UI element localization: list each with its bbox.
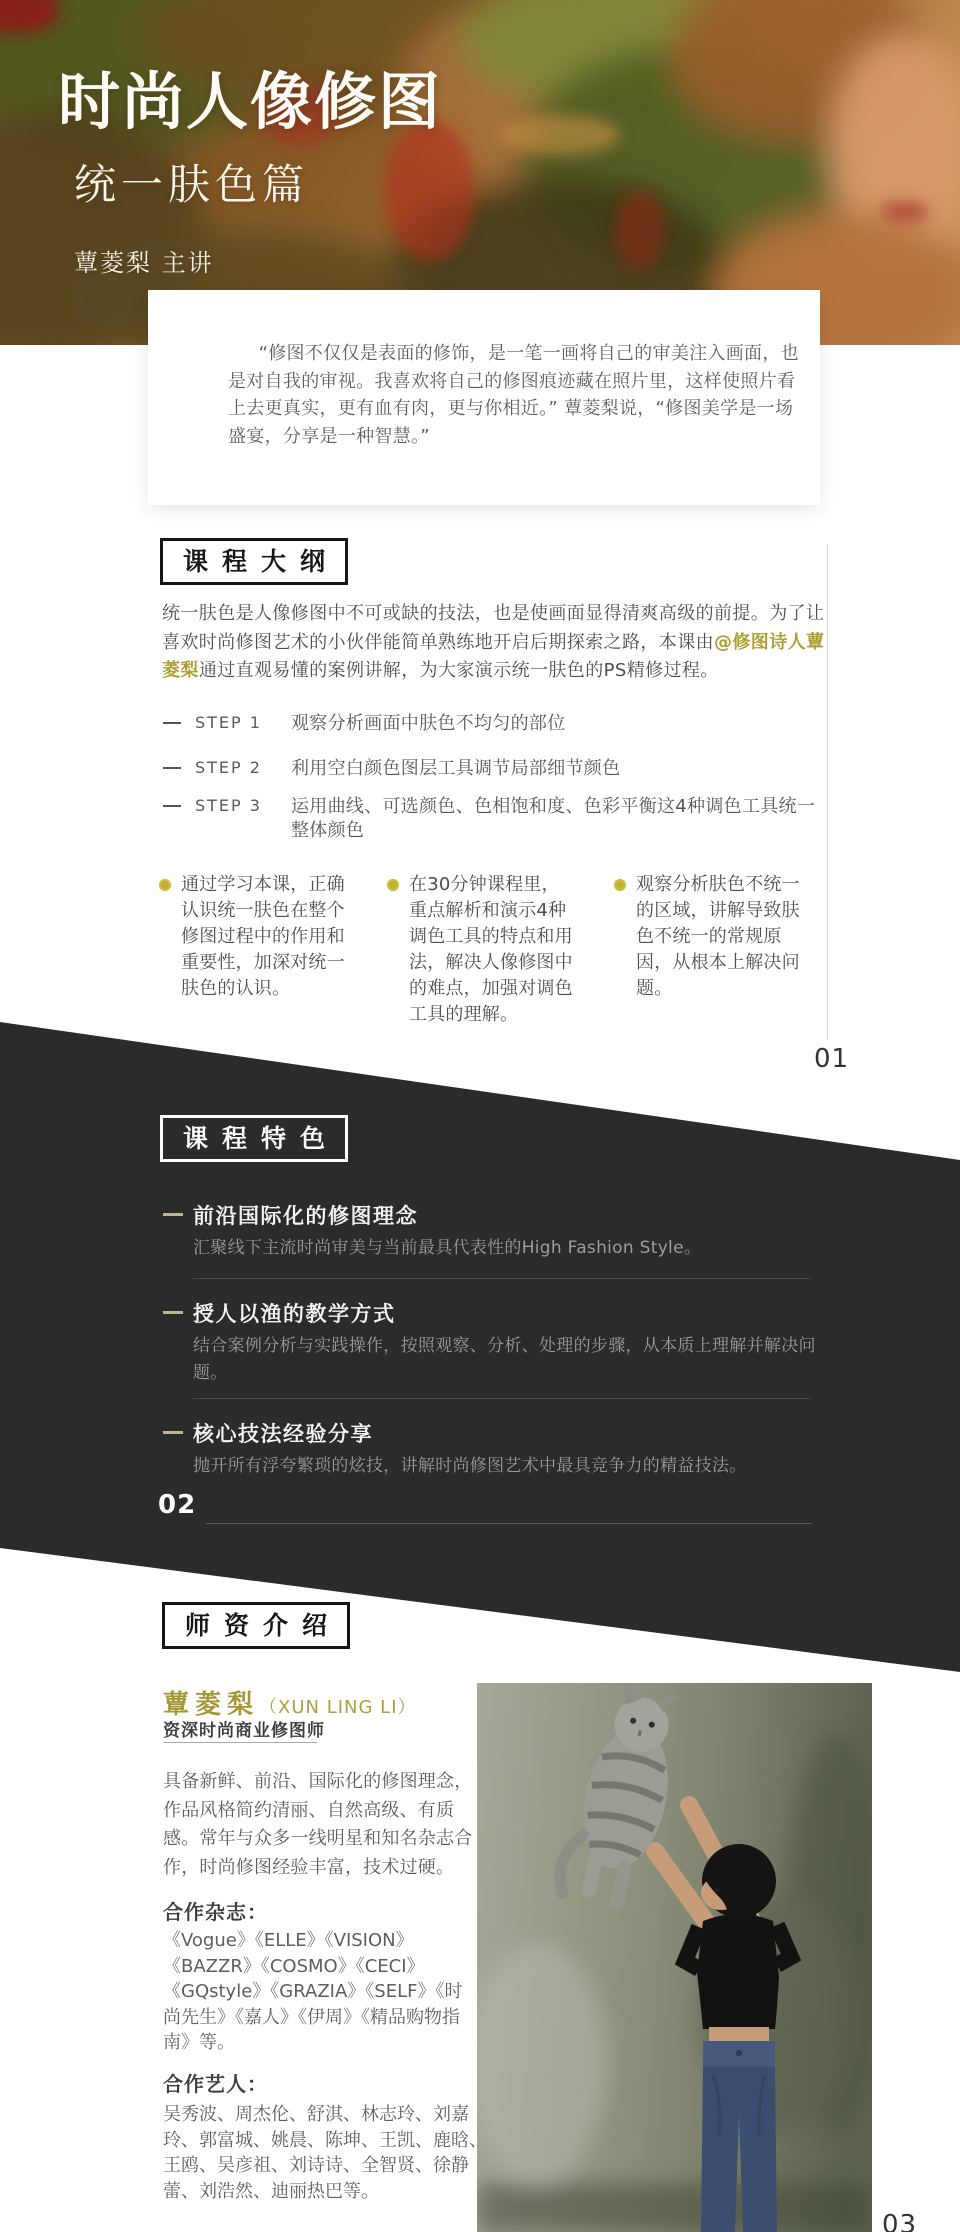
feature-desc: 汇聚线下主流时尚审美与当前最具代表性的High Fashion Style。 <box>193 1235 825 1262</box>
instructor-name-pinyin: （XUN LING LI） <box>259 1697 417 1718</box>
step-label: STEP 1 <box>195 712 271 732</box>
divider <box>163 1742 317 1743</box>
speaker-line: 蕈菱梨 主讲 <box>74 243 214 278</box>
outline-intro-text-after: 通过直观易懂的案例讲解，为大家演示统一肤色的PS精修过程。 <box>199 660 719 681</box>
instructor-section-header: 师资介绍 <box>162 1602 350 1649</box>
dash-icon <box>163 722 181 724</box>
features-section-header: 课程特色 <box>160 1115 348 1162</box>
feature-desc: 结合案例分析与实践操作，按照观察、分析、处理的步骤，从本质上理解并解决问题。 <box>193 1333 825 1387</box>
step-text: 观察分析画面中肤色不均匀的部位 <box>291 712 823 736</box>
instructor-bio: 具备新鲜、前沿、国际化的修图理念，作品风格简约清丽、自然高级、有质感。常年与众多… <box>163 1768 481 1882</box>
step-label: STEP 2 <box>195 757 271 777</box>
dash-icon <box>163 805 181 807</box>
feature-title: 授人以渔的教学方式 <box>193 1298 396 1328</box>
highlight-text: 观察分析肤色不统一的区域，讲解导致肤色不统一的常规原因，从根本上解决问题。 <box>636 872 804 1002</box>
course-title: 时尚人像修图 <box>58 52 442 141</box>
step-text: 运用曲线、可选颜色、色相饱和度、色彩平衡这4种调色工具统一整体颜色 <box>291 795 823 843</box>
step-row-3: STEP 3 运用曲线、可选颜色、色相饱和度、色彩平衡这4种调色工具统一整体颜色 <box>163 795 823 843</box>
highlight-item-1: 通过学习本课，正确认识统一肤色在整个修图过程中的作用和重要性，加深对统一肤色的认… <box>181 872 349 1002</box>
step-text: 利用空白颜色图层工具调节局部细节颜色 <box>291 757 823 781</box>
step-row-2: STEP 2 利用空白颜色图层工具调节局部细节颜色 <box>163 757 823 781</box>
magazines-label: 合作杂志： <box>163 1896 268 1925</box>
quote-text: “修图不仅仅是表面的修饰，是一笔一画将自己的审美注入画面，也是对自我的审视。我喜… <box>228 340 808 450</box>
feature-desc: 抛开所有浮夸繁琐的炫技，讲解时尚修图艺术中最具竞争力的精益技法。 <box>193 1453 825 1480</box>
divider <box>193 1278 811 1279</box>
feature-title: 前沿国际化的修图理念 <box>193 1200 418 1230</box>
dash-icon <box>163 1431 183 1434</box>
page-number-01: 01 <box>814 1044 849 1074</box>
magazines-list: 《Vogue》《ELLE》《VISION》《BAZZR》《COSMO》《CECI… <box>163 1928 479 2056</box>
artists-list: 吴秀波、周杰伦、舒淇、林志玲、刘嘉玲、郭富城、姚晨、陈坤、王凯、鹿晗、王鸥、吴彦… <box>163 2102 493 2204</box>
artists-label: 合作艺人： <box>163 2068 268 2097</box>
page-number-03: 03 <box>882 2210 917 2232</box>
instructor-job-title: 资深时尚商业修图师 <box>163 1716 325 1741</box>
dash-icon <box>163 767 181 769</box>
instructor-photo <box>477 1683 872 2232</box>
yellow-dot-icon <box>614 879 626 891</box>
course-subtitle: 统一肤色篇 <box>74 152 309 212</box>
step-row-1: STEP 1 观察分析画面中肤色不均匀的部位 <box>163 712 823 736</box>
yellow-dot-icon <box>159 879 171 891</box>
yellow-dot-icon <box>387 879 399 891</box>
divider-vertical <box>827 545 828 1040</box>
outline-intro: 统一肤色是人像修图中不可或缺的技法，也是使画面显得清爽高级的前提。为了让喜欢时尚… <box>162 600 838 686</box>
highlight-item-3: 观察分析肤色不统一的区域，讲解导致肤色不统一的常规原因，从根本上解决问题。 <box>636 872 804 1002</box>
dash-icon <box>163 1213 183 1216</box>
page-number-02: 02 <box>158 1490 196 1520</box>
outline-section-header: 课程大纲 <box>160 538 348 585</box>
highlight-item-2: 在30分钟课程里，重点解析和演示4种调色工具的特点和用法，解决人像修图中的难点，… <box>409 872 577 1028</box>
step-label: STEP 3 <box>195 795 271 815</box>
feature-title: 核心技法经验分享 <box>193 1418 373 1448</box>
course-poster-page: 时尚人像修图 统一肤色篇 蕈菱梨 主讲 “修图不仅仅是表面的修饰，是一笔一画将自… <box>0 0 960 2232</box>
divider <box>193 1398 811 1399</box>
highlight-text: 在30分钟课程里，重点解析和演示4种调色工具的特点和用法，解决人像修图中的难点，… <box>409 872 577 1028</box>
dash-icon <box>163 1311 183 1314</box>
features-section: 课程特色 前沿国际化的修图理念 汇聚线下主流时尚审美与当前最具代表性的High … <box>0 1020 960 1672</box>
divider-horizontal <box>206 1523 812 1524</box>
highlight-text: 通过学习本课，正确认识统一肤色在整个修图过程中的作用和重要性，加深对统一肤色的认… <box>181 872 349 1002</box>
quote-card: “修图不仅仅是表面的修饰，是一笔一画将自己的审美注入画面，也是对自我的审视。我喜… <box>148 290 820 505</box>
